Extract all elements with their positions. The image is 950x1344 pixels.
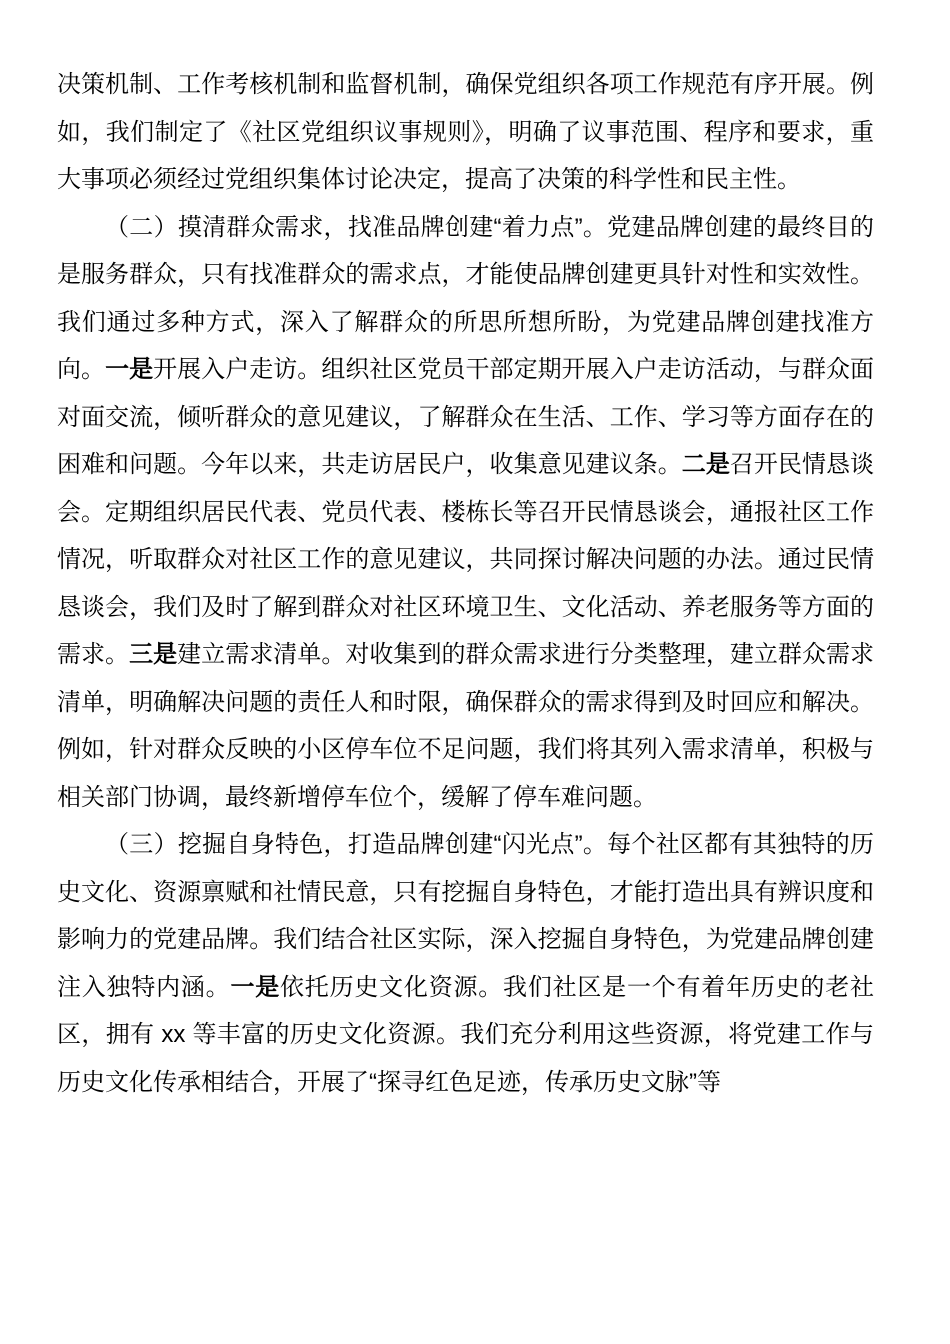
- paragraph: （三）挖掘自身特色，打造品牌创建“闪光点”。每个社区都有其独特的历史文化、资源禀…: [57, 821, 874, 1106]
- bold-text-run: 一是: [230, 974, 280, 1001]
- text-run: 决策机制、工作考核机制和监督机制，确保党组织各项工作规范有序开展。例如，我们制定…: [57, 71, 874, 193]
- document-body: 决策机制、工作考核机制和监督机制，确保党组织各项工作规范有序开展。例如，我们制定…: [57, 61, 874, 1106]
- bold-text-run: 二是: [682, 451, 730, 478]
- paragraph: （二）摸清群众需求，找准品牌创建“着力点”。党建品牌创建的最终目的是服务群众，只…: [57, 204, 874, 822]
- text-run: 建立需求清单。对收集到的群众需求进行分类整理，建立群众需求清单，明确解决问题的责…: [57, 641, 874, 811]
- bold-text-run: 三是: [129, 641, 177, 668]
- paragraph: 决策机制、工作考核机制和监督机制，确保党组织各项工作规范有序开展。例如，我们制定…: [57, 61, 874, 204]
- document-page: 决策机制、工作考核机制和监督机制，确保党组织各项工作规范有序开展。例如，我们制定…: [0, 0, 950, 1344]
- text-run: 召开民情恳谈会。定期组织居民代表、党员代表、楼栋长等召开民情恳谈会，通报社区工作…: [57, 451, 874, 668]
- bold-text-run: 一是: [105, 356, 153, 383]
